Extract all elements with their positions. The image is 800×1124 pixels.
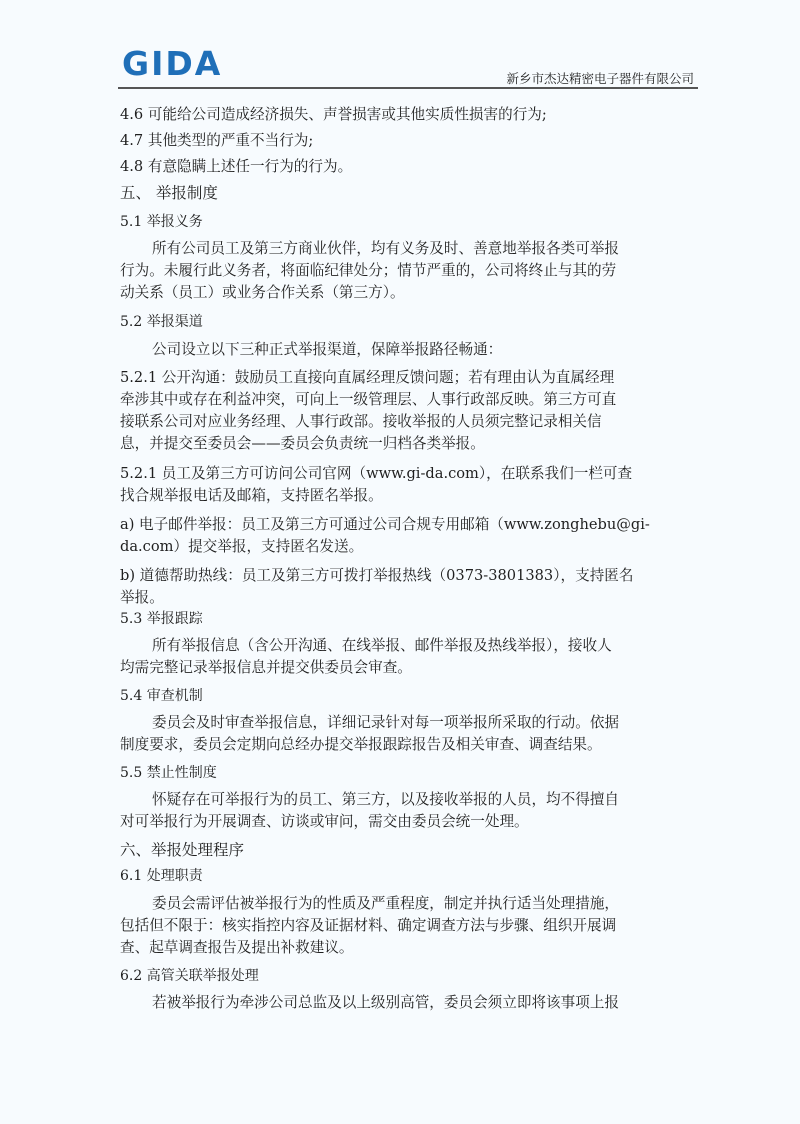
document-page: GIDA 新乡市杰达精密电子器件有限公司 4.6 可能给公司造成经济损失、声誉损…	[0, 0, 800, 1124]
subsection-heading: 5.3 举报跟踪	[120, 609, 203, 629]
paragraph-line: 接联系公司对应业务经理、人事行政部。接收举报的人员须完整记录相关信	[120, 412, 602, 432]
paragraph-line: 均需完整记录举报信息并提交供委员会审查。	[120, 658, 412, 678]
paragraph-line: 息，并提交至委员会——委员会负责统一归档各类举报。	[120, 434, 485, 454]
paragraph-line: 查、起草调查报告及提出补救建议。	[120, 938, 354, 958]
paragraph-line: a) 电子邮件举报：员工及第三方可通过公司合规专用邮箱（www.zonghebu…	[120, 515, 650, 535]
paragraph-line: 包括但不限于：核实指控内容及证据材料、确定调查方法与步骤、组织开展调	[120, 916, 616, 936]
paragraph-line: 行为。未履行此义务者，将面临纪律处分；情节严重的，公司将终止与其的劳	[120, 261, 616, 281]
paragraph-line: 5.2.1 员工及第三方可访问公司官网（www.gi-da.com），在联系我们…	[120, 464, 632, 484]
subsection-heading: 6.2 高管关联举报处理	[120, 966, 259, 986]
paragraph-line: 对可举报行为开展调查、访谈或审问，需交由委员会统一处理。	[120, 812, 529, 832]
paragraph-line: 动关系（员工）或业务合作关系（第三方）。	[120, 283, 405, 303]
paragraph-line: 委员会需评估被举报行为的性质及严重程度，制定并执行适当处理措施，	[120, 894, 619, 914]
subsection-heading: 5.2 举报渠道	[120, 312, 203, 332]
company-name: 新乡市杰达精密电子器件有限公司	[506, 69, 694, 87]
paragraph-line: 委员会及时审查举报信息，详细记录针对每一项举报所采取的行动。依据	[120, 713, 619, 733]
paragraph-line: da.com）提交举报，支持匿名发送。	[120, 537, 363, 557]
section-heading: 六、举报处理程序	[120, 840, 244, 860]
header-divider	[118, 87, 698, 89]
paragraph-line: 5.2.1 公开沟通：鼓励员工直接向直属经理反馈问题；若有理由认为直属经理	[120, 368, 614, 388]
subsection-heading: 5.4 审查机制	[120, 686, 203, 706]
subsection-heading: 6.1 处理职责	[120, 866, 203, 886]
letterhead: GIDA 新乡市杰达精密电子器件有限公司	[118, 44, 698, 89]
paragraph-line: 所有举报信息（含公开沟通、在线举报、邮件举报及热线举报），接收人	[120, 636, 612, 656]
paragraph-line: 若被举报行为牵涉公司总监及以上级别高管，委员会须立即将该事项上报	[120, 993, 619, 1013]
gida-logo: GIDA	[122, 46, 222, 82]
section-heading: 五、 举报制度	[120, 183, 218, 203]
paragraph-line: 制度要求，委员会定期向总经办提交举报跟踪报告及相关审查、调查结果。	[120, 735, 602, 755]
paragraph-line: 公司设立以下三种正式举报渠道，保障举报路径畅通：	[120, 340, 502, 360]
paragraph-line: 4.8 有意隐瞒上述任一行为的行为。	[120, 157, 352, 177]
paragraph-line: 怀疑存在可举报行为的员工、第三方，以及接收举报的人员，均不得擅自	[120, 790, 619, 810]
paragraph-line: 举报。	[120, 588, 164, 608]
paragraph-line: b) 道德帮助热线：员工及第三方可拨打举报热线（0373-3801383），支持…	[120, 566, 633, 586]
paragraph-line: 找合规举报电话及邮箱，支持匿名举报。	[120, 486, 383, 506]
paragraph-line: 牵涉其中或存在利益冲突，可向上一级管理层、人事行政部反映。第三方可直	[120, 390, 616, 410]
subsection-heading: 5.5 禁止性制度	[120, 763, 217, 783]
paragraph-line: 4.7 其他类型的严重不当行为;	[120, 131, 313, 151]
subsection-heading: 5.1 举报义务	[120, 212, 203, 232]
paragraph-line: 所有公司员工及第三方商业伙伴，均有义务及时、善意地举报各类可举报	[120, 239, 619, 259]
paragraph-line: 4.6 可能给公司造成经济损失、声誉损害或其他实质性损害的行为;	[120, 105, 547, 125]
